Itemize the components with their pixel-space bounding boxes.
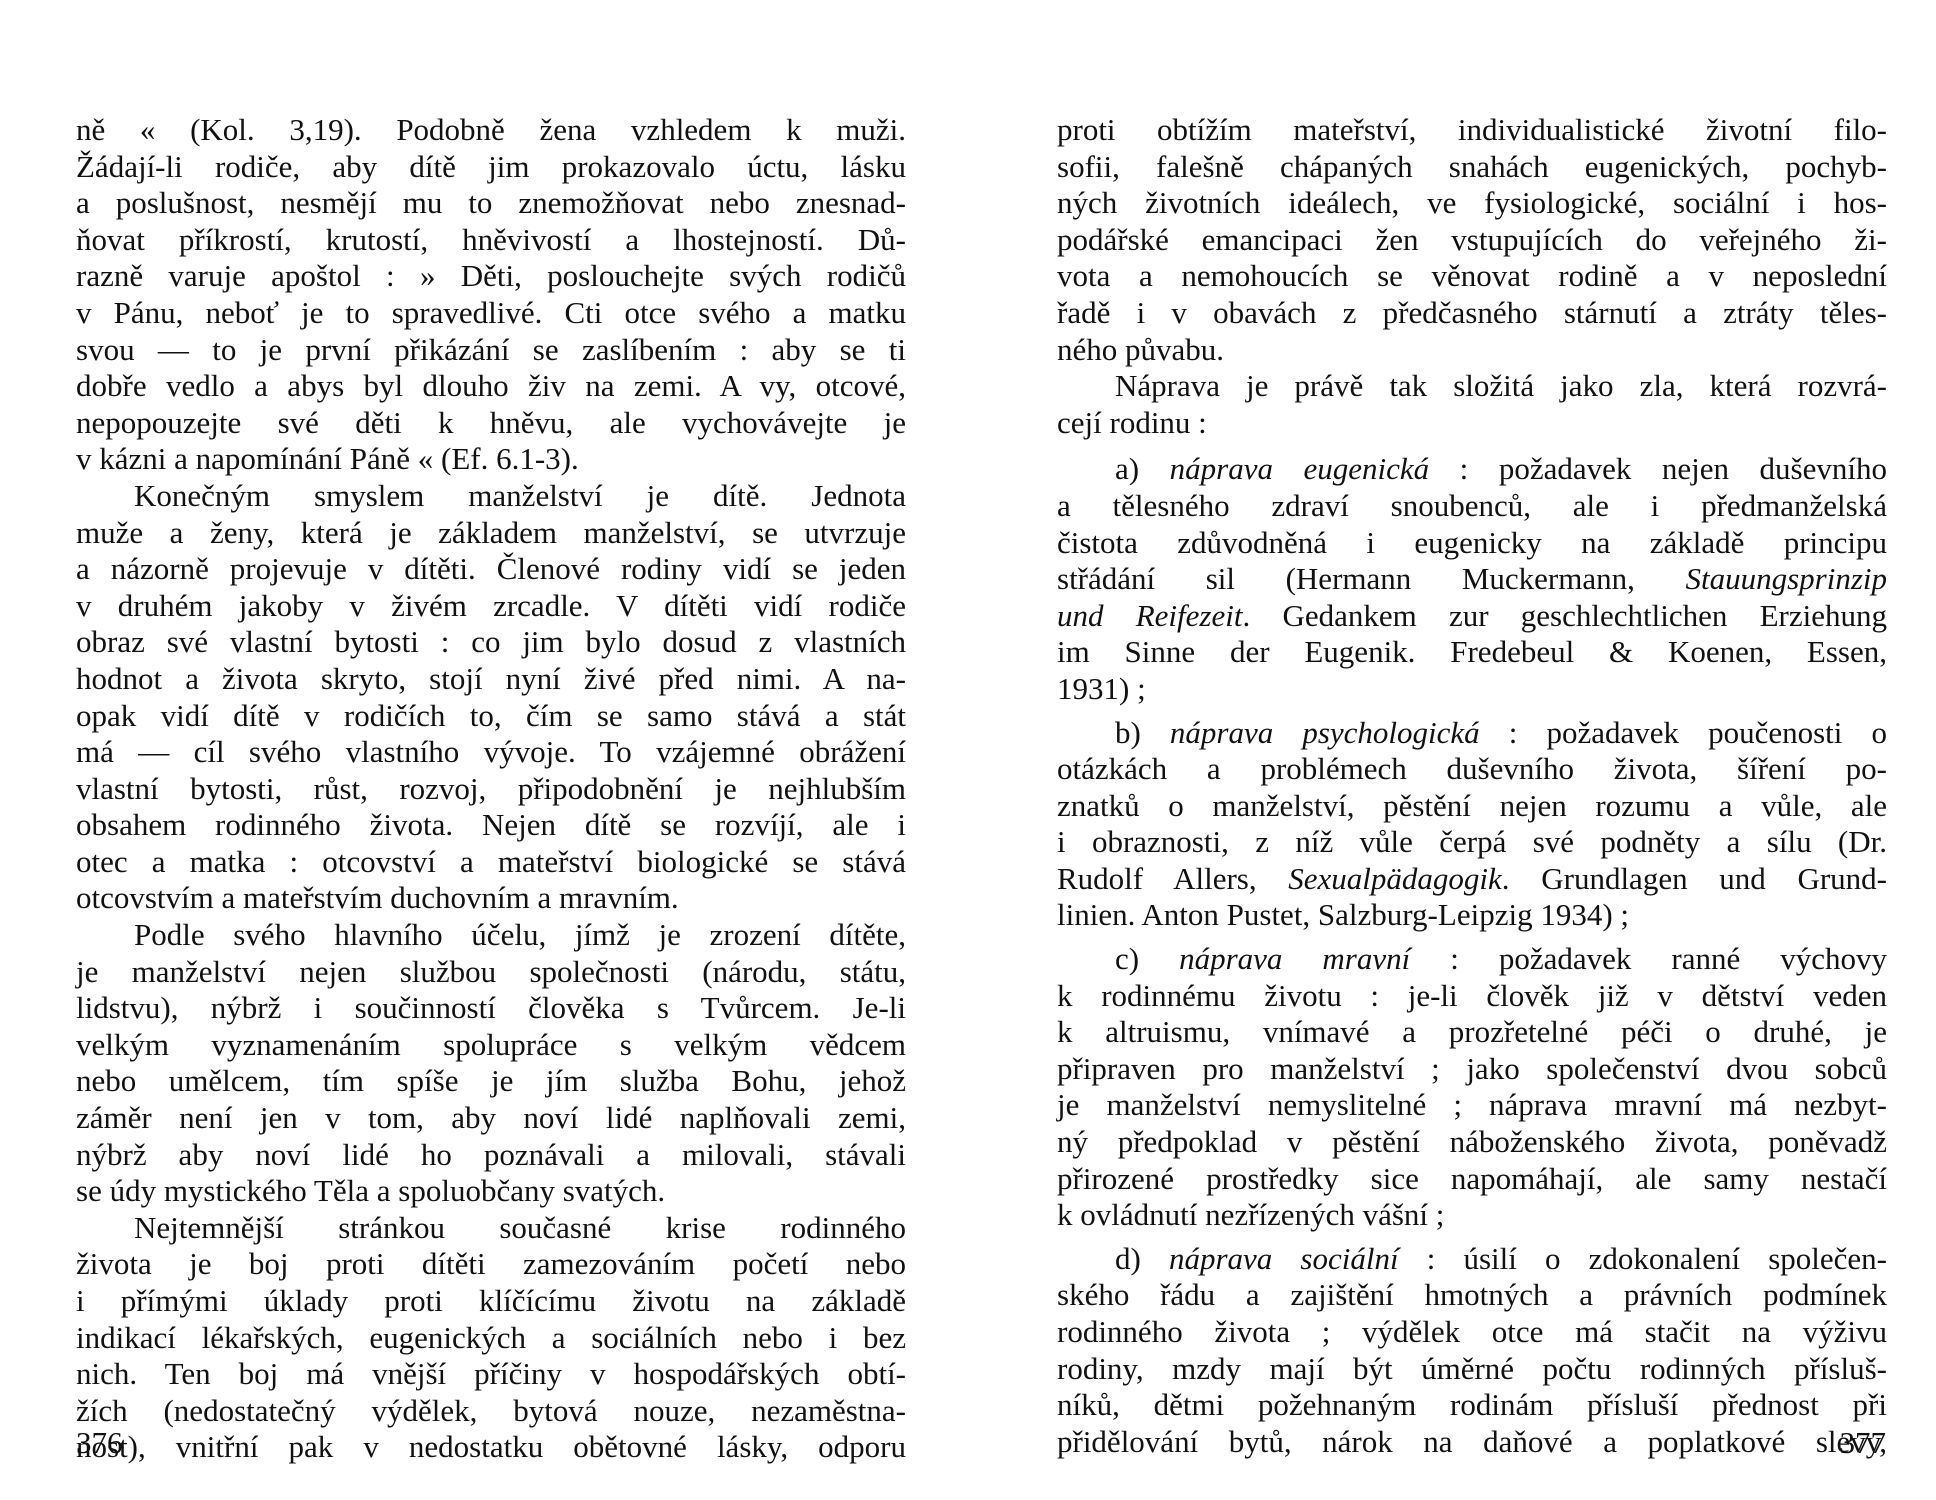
paragraph-start: Nejtemnější stránkou současné krise rodi…	[76, 1210, 906, 1247]
text-line: otázkách a problémech duševního života, …	[1057, 751, 1887, 788]
text-line: und Reifezeit. Gedankem zur geschlechtli…	[1057, 598, 1887, 635]
text-line: Žádají-li rodiče, aby dítě jim prokazova…	[76, 149, 906, 186]
text-line: obraz své vlastní bytosti : co jim bylo …	[76, 624, 906, 661]
left-page: ně « (Kol. 3,19). Podobně žena vzhledem …	[76, 112, 906, 1466]
text-line: svou — to je první přikázání se zaslíben…	[76, 332, 906, 369]
text-line: ných životních ideálech, ve fysiologické…	[1057, 185, 1887, 222]
text-line: nýbrž aby noví lidé ho poznávali a milov…	[76, 1137, 906, 1174]
text-line: řadě i v obavách z předčasného stárnutí …	[1057, 295, 1887, 332]
right-page: proti obtížím mateřství, individualistic…	[1057, 112, 1887, 1460]
text-line: žích (nedostatečný výdělek, bytová nouze…	[76, 1393, 906, 1430]
text-line: nich. Ten boj má vnější příčiny v hospod…	[76, 1356, 906, 1393]
text-line: je manželství nejen službou společnosti …	[76, 954, 906, 991]
text-line: cejí rodinu :	[1057, 405, 1887, 442]
text-line: nebo umělcem, tím spíše je jím služba Bo…	[76, 1063, 906, 1100]
text-line: ného půvabu.	[1057, 332, 1887, 369]
text-line: im Sinne der Eugenik. Fredebeul & Koenen…	[1057, 634, 1887, 671]
list-item-d: d) náprava sociální : úsilí o zdokonalen…	[1057, 1241, 1887, 1278]
text-line: ný předpoklad v pěstění náboženského živ…	[1057, 1124, 1887, 1161]
text-line: i obraznosti, z níž vůle čerpá své podně…	[1057, 824, 1887, 861]
text-line: střádání sil (Hermann Muckermann, Stauun…	[1057, 561, 1887, 598]
paragraph-start: Konečným smyslem manželství je dítě. Jed…	[76, 478, 906, 515]
text-line: znatků o manželství, pěstění nejen rozum…	[1057, 788, 1887, 825]
text-line: přirozené prostředky sice napomáhají, al…	[1057, 1161, 1887, 1198]
text-line: v Pánu, neboť je to spravedlivé. Cti otc…	[76, 295, 906, 332]
page-number-left: 376	[76, 1425, 123, 1461]
text-line: ňovat příkrostí, krutostí, hněvivostí a …	[76, 222, 906, 259]
text-line: ně « (Kol. 3,19). Podobně žena vzhledem …	[76, 112, 906, 149]
text-line: 1931) ;	[1057, 671, 1887, 708]
text-line: připraven pro manželství ; jako společen…	[1057, 1051, 1887, 1088]
text-line: opak vidí dítě v rodičích to, čím se sam…	[76, 698, 906, 735]
text-line: nost), vnitřní pak v nedostatku obětovné…	[76, 1429, 906, 1466]
text-line: je manželství nemyslitelné ; náprava mra…	[1057, 1087, 1887, 1124]
citation-title: Stauungsprinzip	[1685, 561, 1887, 596]
text-line: v druhém jakoby v živém zrcadle. V dítět…	[76, 588, 906, 625]
citation-title: und Reifezeit	[1057, 598, 1242, 633]
text-line: ského řádu a zajištění hmotných a právní…	[1057, 1277, 1887, 1314]
text-line: obsahem rodinného života. Nejen dítě se …	[76, 807, 906, 844]
text-line: má — cíl svého vlastního vývoje. To vzáj…	[76, 734, 906, 771]
text-line: Rudolf Allers, Sexualpädagogik. Grundlag…	[1057, 861, 1887, 898]
paragraph-start: Podle svého hlavního účelu, jímž je zroz…	[76, 917, 906, 954]
text-line: v kázni a napomínání Páně « (Ef. 6.1-3).	[76, 441, 906, 478]
list-item-a: a) náprava eugenická : požadavek nejen d…	[1057, 451, 1887, 488]
text-line: a názorně projevuje v dítěti. Členové ro…	[76, 551, 906, 588]
item-term: náprava eugenická	[1170, 451, 1430, 486]
text-line: sofii, falešně chápaných snahách eugenic…	[1057, 149, 1887, 186]
citation-title: Sexualpädagogik	[1288, 861, 1502, 896]
text-line: rodiny, mzdy mají být úměrné počtu rodin…	[1057, 1351, 1887, 1388]
paragraph-start: Náprava je právě tak složitá jako zla, k…	[1057, 368, 1887, 405]
list-item-b: b) náprava psychologická : požadavek pou…	[1057, 715, 1887, 752]
text-line: proti obtížím mateřství, individualistic…	[1057, 112, 1887, 149]
text-line: otcovstvím a mateřstvím duchovním a mrav…	[76, 880, 906, 917]
text-line: přidělování bytů, nárok na daňové a popl…	[1057, 1424, 1887, 1461]
text-line: života je boj proti dítěti zamezováním p…	[76, 1246, 906, 1283]
text-line: k ovládnutí nezřízených vášní ;	[1057, 1197, 1887, 1234]
text-line: rodinného života ; výdělek otce má stači…	[1057, 1314, 1887, 1351]
text-line: podářské emancipaci žen vstupujících do …	[1057, 222, 1887, 259]
text-line: níků, dětmi požehnaným rodinám přísluší …	[1057, 1387, 1887, 1424]
text-line: záměr není jen v tom, aby noví lidé napl…	[76, 1100, 906, 1137]
text-line: razně varuje apoštol : » Děti, poslouche…	[76, 258, 906, 295]
text-line: čistota zdůvodněná i eugenicky na základ…	[1057, 525, 1887, 562]
item-term: náprava psychologická	[1170, 715, 1480, 750]
text-line: k altruismu, vnímavé a prozřetelné péči …	[1057, 1014, 1887, 1051]
text-line: otec a matka : otcovství a mateřství bio…	[76, 844, 906, 881]
text-line: dobře vedlo a abys byl dlouho živ na zem…	[76, 368, 906, 405]
text-line: i přímými úklady proti klíčícímu životu …	[76, 1283, 906, 1320]
text-line: lidstvu), nýbrž i součinností člověka s …	[76, 990, 906, 1027]
text-line: vlastní bytosti, růst, rozvoj, připodobn…	[76, 771, 906, 808]
text-line: hodnot a života skryto, stojí nyní živé …	[76, 661, 906, 698]
text-line: velkým vyznamenáním spolupráce s velkým …	[76, 1027, 906, 1064]
text-line: indikací lékařských, eugenických a sociá…	[76, 1320, 906, 1357]
item-term: náprava sociální	[1169, 1241, 1399, 1276]
text-line: se údy mystického Těla a spoluobčany sva…	[76, 1173, 906, 1210]
item-term: náprava mravní	[1179, 941, 1410, 976]
text-line: muže a ženy, která je základem manželstv…	[76, 515, 906, 552]
text-line: nepopouzejte své děti k hněvu, ale vycho…	[76, 405, 906, 442]
page-number-right: 377	[1820, 1425, 1886, 1461]
text-line: a tělesného zdraví snoubenců, ale i před…	[1057, 488, 1887, 525]
text-line: vota a nemohoucích se věnovat rodině a v…	[1057, 258, 1887, 295]
text-line: linien. Anton Pustet, Salzburg-Leipzig 1…	[1057, 897, 1887, 934]
text-line: k rodinnému životu : je-li člověk již v …	[1057, 978, 1887, 1015]
list-item-c: c) náprava mravní : požadavek ranné vých…	[1057, 941, 1887, 978]
text-line: a poslušnost, nesmějí mu to znemožňovat …	[76, 185, 906, 222]
